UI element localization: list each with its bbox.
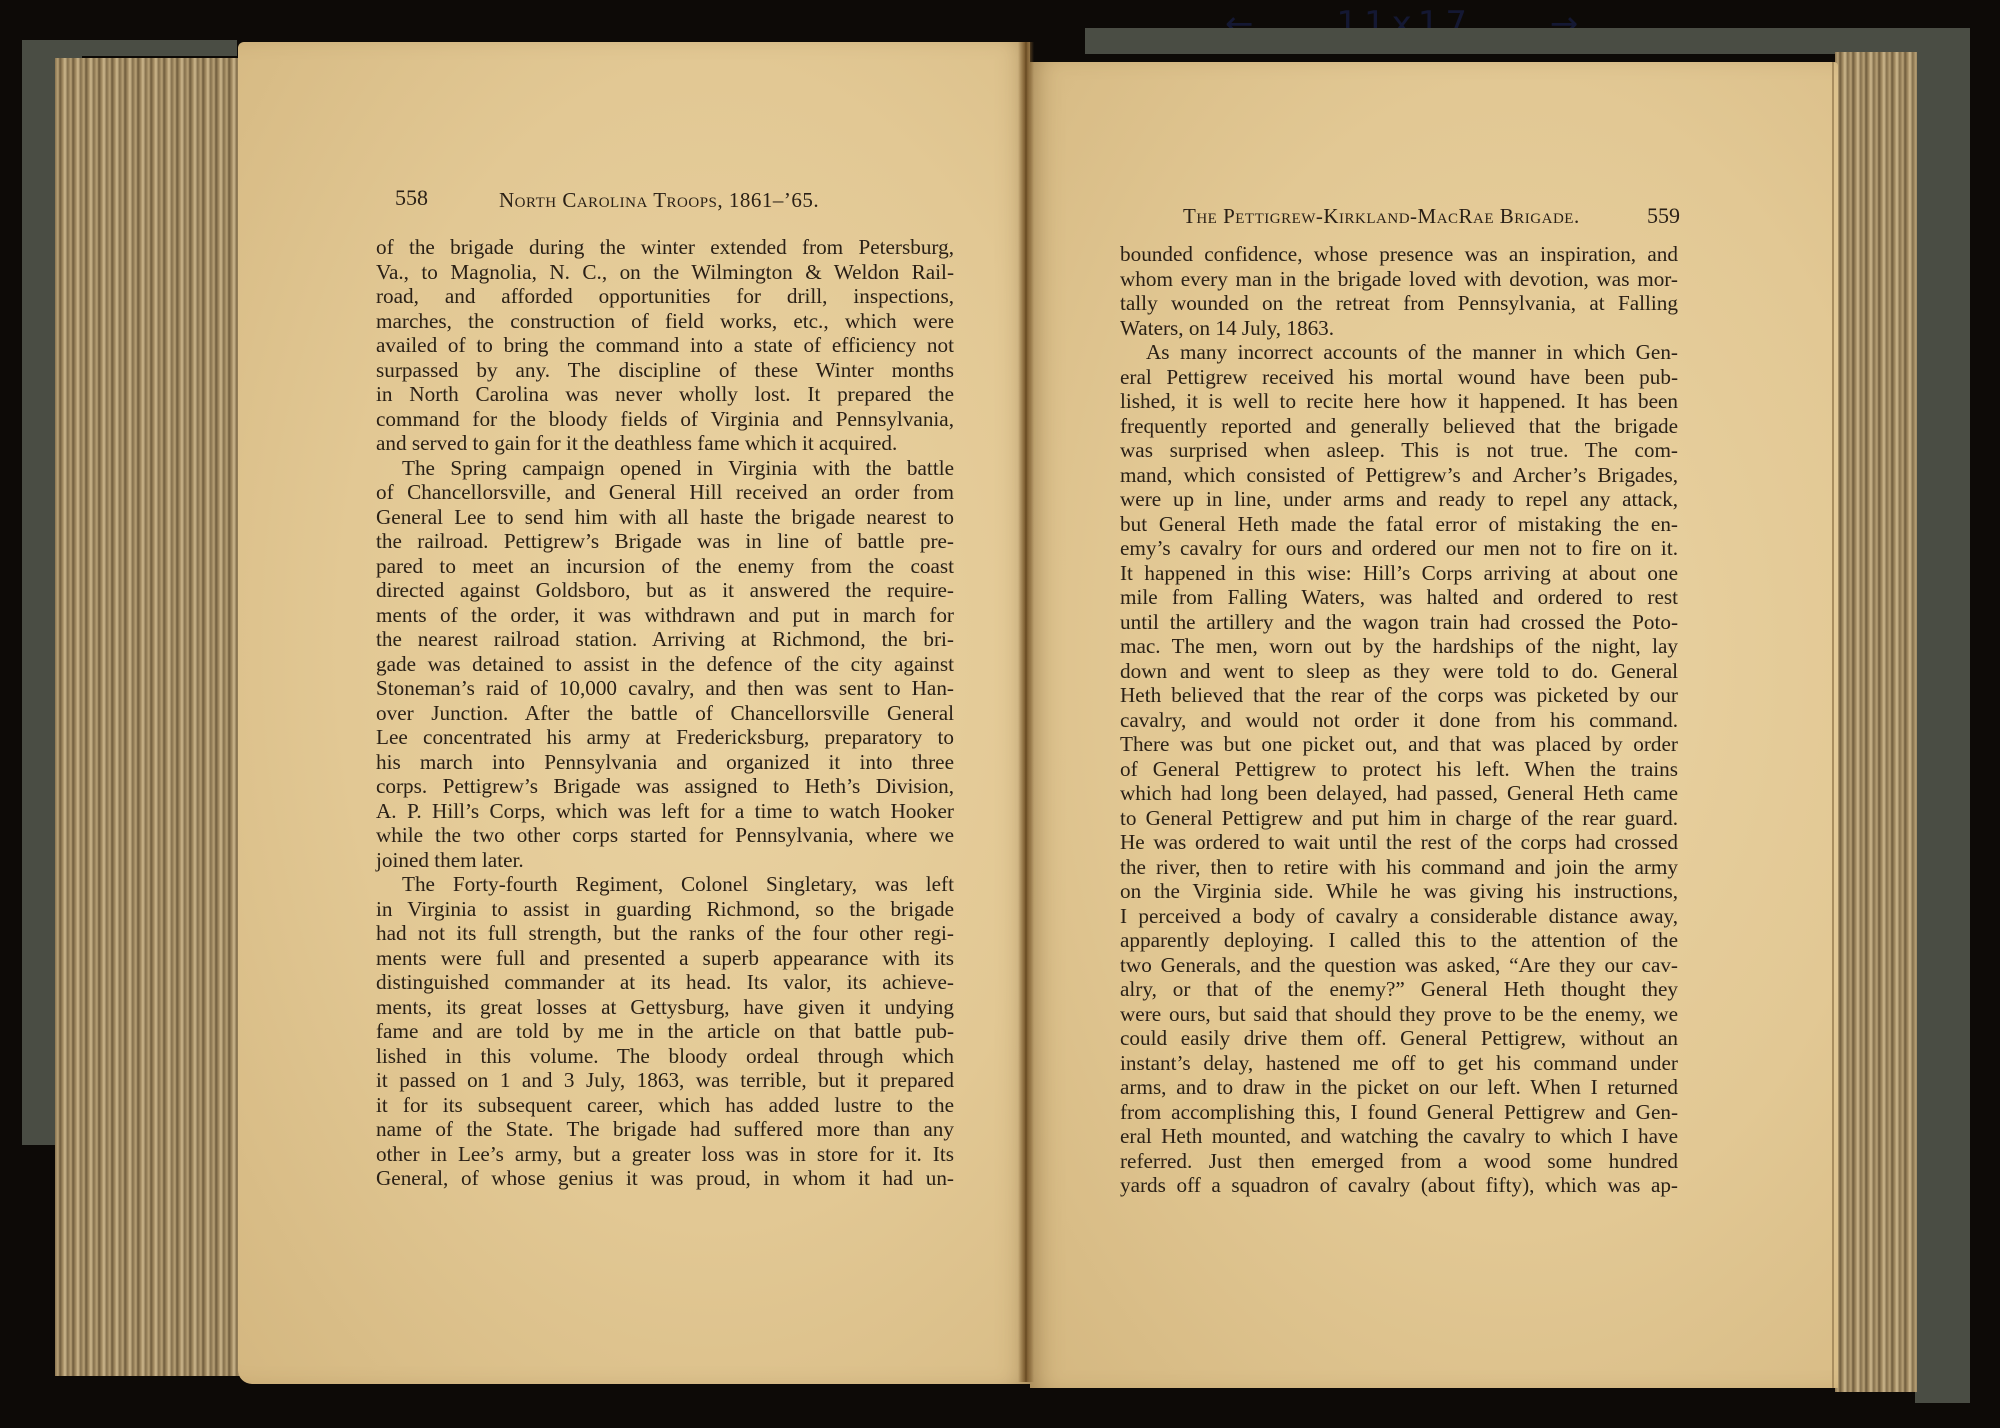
text-line: but General Heth made the fatal error of… <box>1120 512 1678 537</box>
text-line: while the two other corps started for Pe… <box>376 823 954 848</box>
text-line: were up in line, under arms and ready to… <box>1120 487 1678 512</box>
text-line: frequently reported and generally believ… <box>1120 414 1678 439</box>
text-line: eral Pettigrew received his mortal wound… <box>1120 365 1678 390</box>
right-page-leaf-edge <box>1832 62 1834 1388</box>
text-line: whom every man in the brigade loved with… <box>1120 267 1678 292</box>
text-line: ments, its great losses at Gettysburg, h… <box>376 995 954 1020</box>
text-line: had not its full strength, but the ranks… <box>376 921 954 946</box>
text-line: his march into Pennsylvania and organize… <box>376 750 954 775</box>
text-line: marches, the construction of field works… <box>376 309 954 334</box>
text-line: lished in this volume. The bloody ordeal… <box>376 1044 954 1069</box>
text-line: until the artillery and the wagon train … <box>1120 610 1678 635</box>
text-line: name of the State. The brigade had suffe… <box>376 1117 954 1142</box>
text-line: lished, it is well to recite here how it… <box>1120 389 1678 414</box>
text-line: road, and afforded opportunities for dri… <box>376 284 954 309</box>
right-page-body: bounded confidence, whose presence was a… <box>1120 242 1678 1198</box>
text-line: apparently deploying. I called this to t… <box>1120 928 1678 953</box>
text-line: on the Virginia side. While he was givin… <box>1120 879 1678 904</box>
text-line: Lee concentrated his army at Fredericksb… <box>376 725 954 750</box>
text-line: As many incorrect accounts of the manner… <box>1120 340 1678 365</box>
text-line: instant’s delay, hastened me off to get … <box>1120 1051 1678 1076</box>
text-line: to General Pettigrew and put him in char… <box>1120 806 1678 831</box>
text-line: ments of the order, it was withdrawn and… <box>376 603 954 628</box>
text-line: command for the bloody fields of Virgini… <box>376 407 954 432</box>
text-line: the nearest railroad station. Arriving a… <box>376 627 954 652</box>
text-line: of the brigade during the winter extende… <box>376 235 954 260</box>
text-line: pared to meet an incursion of the enemy … <box>376 554 954 579</box>
text-line: were ours, but said that should they pro… <box>1120 1002 1678 1027</box>
text-line: Waters, on 14 July, 1863. <box>1120 316 1678 341</box>
text-line: Heth believed that the rear of the corps… <box>1120 683 1678 708</box>
text-line: corps. Pettigrew’s Brigade was assigned … <box>376 774 954 799</box>
page-number-right: 559 <box>1647 203 1680 229</box>
text-line: from accomplishing this, I found General… <box>1120 1100 1678 1125</box>
text-line: mand, which consisted of Pettigrew’s and… <box>1120 463 1678 488</box>
text-line: arms, and to draw in the picket on our l… <box>1120 1075 1678 1100</box>
text-line: There was but one picket out, and that w… <box>1120 732 1678 757</box>
text-line: eral Heth mounted, and watching the cava… <box>1120 1124 1678 1149</box>
text-line: surpassed by any. The discipline of thes… <box>376 358 954 383</box>
text-line: mile from Falling Waters, was halted and… <box>1120 585 1678 610</box>
text-line: could easily drive them off. General Pet… <box>1120 1026 1678 1051</box>
text-line: I perceived a body of cavalry a consider… <box>1120 904 1678 929</box>
text-line: tally wounded on the retreat from Pennsy… <box>1120 291 1678 316</box>
text-line: other in Lee’s army, but a greater loss … <box>376 1142 954 1167</box>
text-line: fame and are told by me in the article o… <box>376 1019 954 1044</box>
text-line: ments were full and presented a superb a… <box>376 946 954 971</box>
text-line: It happened in this wise: Hill’s Corps a… <box>1120 561 1678 586</box>
text-line: alry, or that of the enemy?” General Het… <box>1120 977 1678 1002</box>
text-line: cavalry, and would not order it done fro… <box>1120 708 1678 733</box>
text-line: Stoneman’s raid of 10,000 cavalry, and t… <box>376 676 954 701</box>
text-line: A. P. Hill’s Corps, which was left for a… <box>376 799 954 824</box>
text-line: of General Pettigrew to protect his left… <box>1120 757 1678 782</box>
text-line: it for its subsequent career, which has … <box>376 1093 954 1118</box>
text-line: the river, then to retire with his comma… <box>1120 855 1678 880</box>
text-line: down and went to sleep as they were told… <box>1120 659 1678 684</box>
text-line: two Generals, and the question was asked… <box>1120 953 1678 978</box>
running-head-left: North Carolina Troops, 1861–’65. <box>499 188 819 213</box>
text-line: was surprised when asleep. This is not t… <box>1120 438 1678 463</box>
book-cover-top-right <box>1085 28 1970 54</box>
page-edges-right <box>1835 52 1917 1392</box>
book-cover-right <box>1915 28 1970 1403</box>
text-line: the railroad. Pettigrew’s Brigade was in… <box>376 529 954 554</box>
text-line: in North Carolina was never wholly lost.… <box>376 382 954 407</box>
text-line: General Lee to send him with all haste t… <box>376 505 954 530</box>
left-page-body: of the brigade during the winter extende… <box>376 235 954 1191</box>
text-line: emy’s cavalry for ours and ordered our m… <box>1120 536 1678 561</box>
page-edges-left <box>55 58 240 1376</box>
text-line: distinguished commander at its head. Its… <box>376 970 954 995</box>
text-line: directed against Goldsboro, but as it an… <box>376 578 954 603</box>
text-line: He was ordered to wait until the rest of… <box>1120 830 1678 855</box>
text-line: referred. Just then emerged from a wood … <box>1120 1149 1678 1174</box>
running-head-right: The Pettigrew-Kirkland-MacRae Brigade. <box>1183 204 1580 229</box>
text-line: which had long been delayed, had passed,… <box>1120 781 1678 806</box>
text-line: over Junction. After the battle of Chanc… <box>376 701 954 726</box>
text-line: of Chancellorsville, and General Hill re… <box>376 480 954 505</box>
text-line: gade was detained to assist in the defen… <box>376 652 954 677</box>
text-line: Va., to Magnolia, N. C., on the Wilmingt… <box>376 260 954 285</box>
text-line: and served to gain for it the deathless … <box>376 431 954 456</box>
text-line: bounded confidence, whose presence was a… <box>1120 242 1678 267</box>
text-line: General, of whose genius it was proud, i… <box>376 1166 954 1191</box>
page-number-left: 558 <box>395 185 428 211</box>
text-line: in Virginia to assist in guarding Richmo… <box>376 897 954 922</box>
text-line: it passed on 1 and 3 July, 1863, was ter… <box>376 1068 954 1093</box>
book-cover-top-left <box>22 40 237 56</box>
text-line: yards off a squadron of cavalry (about f… <box>1120 1173 1678 1198</box>
text-line: joined them later. <box>376 848 954 873</box>
text-line: availed of to bring the command into a s… <box>376 333 954 358</box>
text-line: The Forty-fourth Regiment, Colonel Singl… <box>376 872 954 897</box>
gutter <box>1018 42 1034 1382</box>
text-line: mac. The men, worn out by the hardships … <box>1120 634 1678 659</box>
text-line: The Spring campaign opened in Virginia w… <box>376 456 954 481</box>
